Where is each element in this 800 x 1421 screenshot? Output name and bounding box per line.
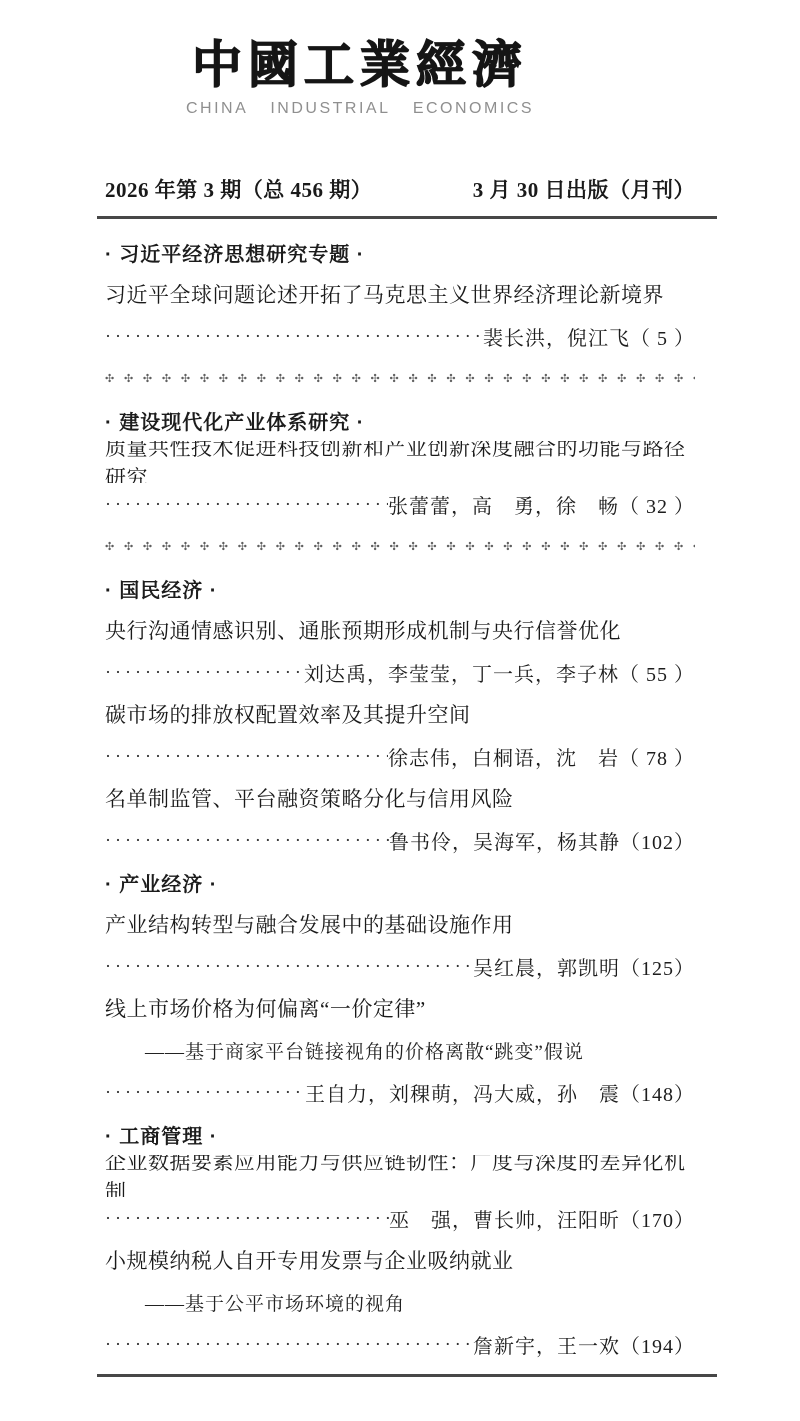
section-separator: ✣ ✣ ✣ ✣ ✣ ✣ ✣ ✣ ✣ ✣ ✣ ✣ ✣ ✣ ✣ ✣ ✣ ✣ ✣ ✣ … [105, 357, 695, 399]
article-authors: 张蕾蕾，高 勇，徐 畅（ 32 ） [388, 490, 695, 519]
article-subtitle: ——基于商家平台链接视角的价格离散“跳变”假说 [105, 1029, 695, 1071]
journal-logo-chinese: 中國工業經濟 [186, 36, 534, 94]
section-header: · 建设现代化产业体系研究 · [105, 399, 695, 441]
article-title: 名单制监管、平台融资策略分化与信用风险 [105, 777, 695, 819]
article-authors: 鲁书伶，吴海军，杨其静（102） [389, 826, 695, 855]
toc-list: · 习近平经济思想研究专题 ·习近平全球问题论述开拓了马克思主义世界经济理论新境… [105, 219, 695, 1365]
issue-bar: 2026 年第 3 期（总 456 期） 3 月 30 日出版（月刊） [105, 174, 695, 204]
dot-leader: ········································… [105, 945, 473, 987]
dot-leader: ········································… [105, 651, 304, 693]
article-title: 碳市场的排放权配置效率及其提升空间 [105, 693, 695, 735]
dot-leader: ········································… [105, 819, 389, 861]
article-authors-row: ········································… [105, 483, 695, 525]
article-title: 小规模纳税人自开专用发票与企业吸纳就业 [105, 1239, 695, 1281]
dot-leader: ········································… [105, 483, 388, 525]
issue-number: 2026 年第 3 期（总 456 期） [105, 174, 372, 204]
article-authors: 吴红晨，郭凯明（125） [473, 952, 695, 981]
article-authors: 徐志伟，白桐语，沈 岩（ 78 ） [388, 742, 695, 771]
separator-glyphs: ✣ ✣ ✣ ✣ ✣ ✣ ✣ ✣ ✣ ✣ ✣ ✣ ✣ ✣ ✣ ✣ ✣ ✣ ✣ ✣ … [105, 372, 695, 385]
dot-leader: ········································… [105, 1323, 473, 1365]
article-authors: 詹新宇，王一欢（194） [473, 1330, 695, 1359]
article-authors-row: ········································… [105, 1071, 695, 1113]
article-title: 央行沟通情感识别、通胀预期形成机制与央行信誉优化 [105, 609, 695, 651]
article-title: 产业结构转型与融合发展中的基础设施作用 [105, 903, 695, 945]
article-authors-row: ········································… [105, 315, 695, 357]
article-authors: 刘达禹，李莹莹，丁一兵，李子林（ 55 ） [304, 658, 695, 687]
section-header: · 国民经济 · [105, 567, 695, 609]
section-separator: ✣ ✣ ✣ ✣ ✣ ✣ ✣ ✣ ✣ ✣ ✣ ✣ ✣ ✣ ✣ ✣ ✣ ✣ ✣ ✣ … [105, 525, 695, 567]
article-authors-row: ········································… [105, 1197, 695, 1239]
article-authors-row: ········································… [105, 1323, 695, 1365]
journal-logo-english: CHINA INDUSTRIAL ECONOMICS [186, 100, 534, 118]
section-header: · 产业经济 · [105, 861, 695, 903]
article-title: 质量共性技术促进科技创新和产业创新深度融合的功能与路径研究 [105, 441, 695, 483]
article-subtitle: ——基于公平市场环境的视角 [105, 1281, 695, 1323]
article-authors: 巫 强，曹长帅，汪阳昕（170） [389, 1204, 695, 1233]
article-authors-row: ········································… [105, 945, 695, 987]
publish-date: 3 月 30 日出版（月刊） [473, 174, 695, 204]
article-title: 习近平全球问题论述开拓了马克思主义世界经济理论新境界 [105, 273, 695, 315]
journal-toc-page: 中國工業經濟 CHINA INDUSTRIAL ECONOMICS 2026 年… [0, 0, 800, 1421]
masthead: 中國工業經濟 CHINA INDUSTRIAL ECONOMICS [186, 36, 534, 118]
section-header: · 工商管理 · [105, 1113, 695, 1155]
article-authors: 裴长洪，倪江飞（ 5 ） [483, 322, 695, 351]
dot-leader: ········································… [105, 1071, 305, 1113]
article-authors-row: ········································… [105, 735, 695, 777]
dot-leader: ········································… [105, 1197, 389, 1239]
article-authors-row: ········································… [105, 651, 695, 693]
dot-leader: ········································… [105, 315, 483, 357]
dot-leader: ········································… [105, 735, 388, 777]
article-title: 企业数据要素应用能力与供应链韧性：广度与深度的差异化机制 [105, 1155, 695, 1197]
article-authors-row: ········································… [105, 819, 695, 861]
article-title: 线上市场价格为何偏离“一价定律” [105, 987, 695, 1029]
separator-glyphs: ✣ ✣ ✣ ✣ ✣ ✣ ✣ ✣ ✣ ✣ ✣ ✣ ✣ ✣ ✣ ✣ ✣ ✣ ✣ ✣ … [105, 540, 695, 553]
section-header: · 习近平经济思想研究专题 · [105, 231, 695, 273]
article-authors: 王自力，刘稞萌，冯大威，孙 震（148） [305, 1078, 695, 1107]
bottom-double-rule [97, 1374, 717, 1377]
